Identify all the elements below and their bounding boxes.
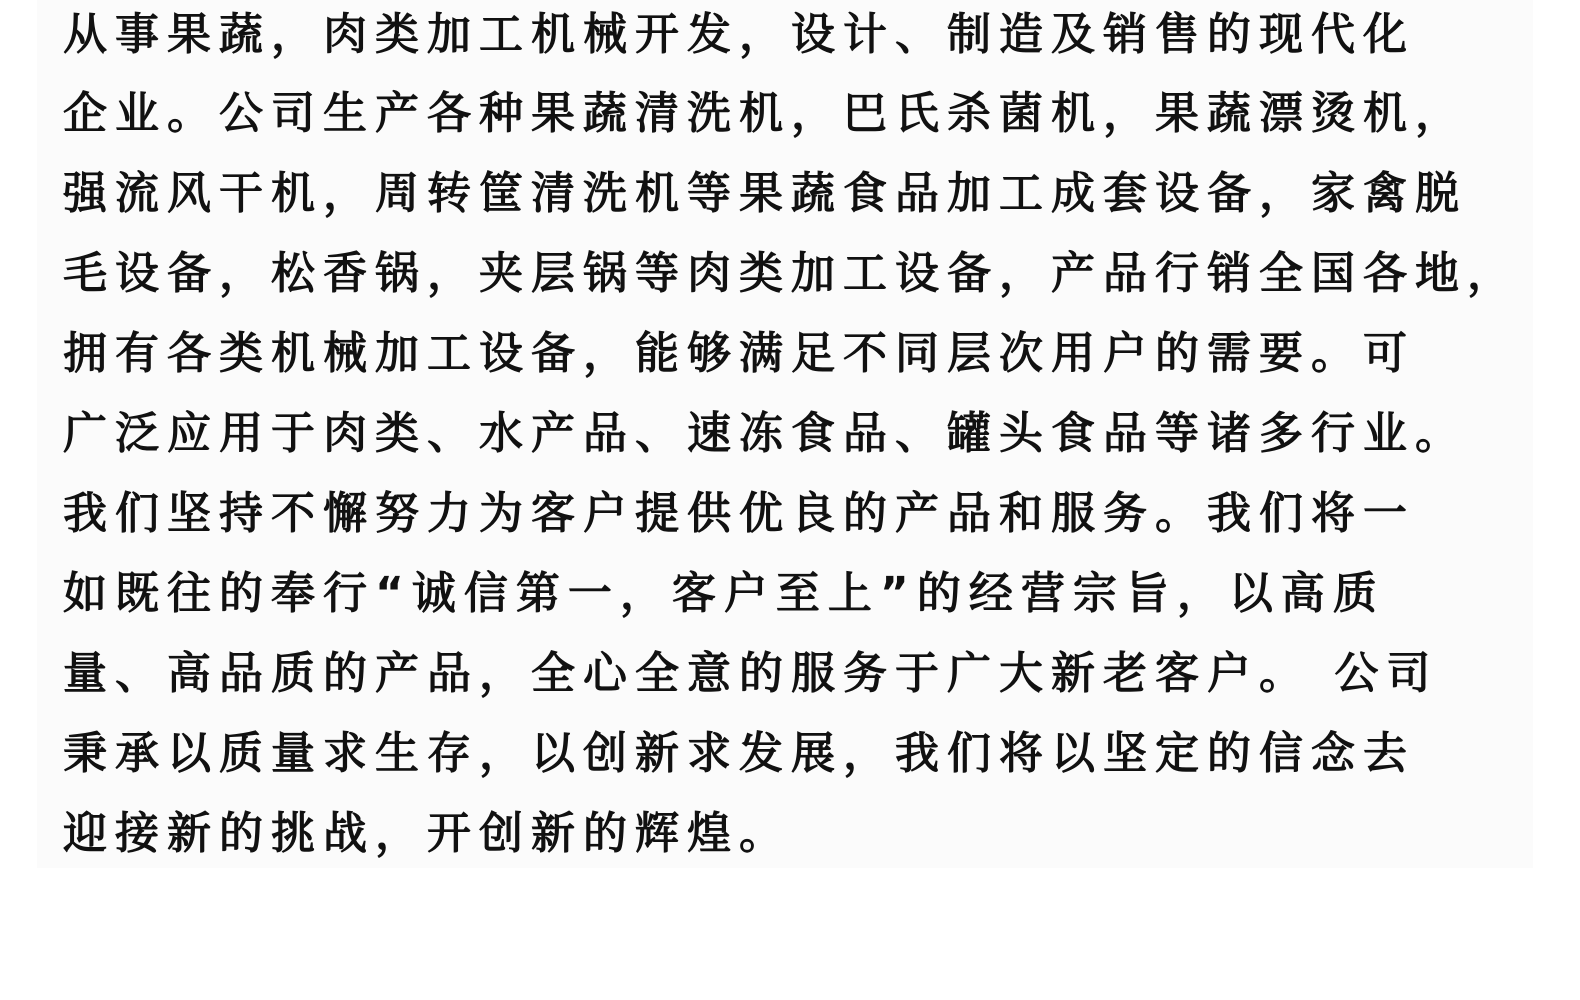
intro-text-line-10: 秉承以质量求生存，以创新求发展，我们将以坚定的信念去 — [63, 714, 1415, 794]
intro-text-line-11: 迎接新的挑战，开创新的辉煌。 — [63, 794, 791, 874]
intro-text-line-8: 如既往的奉行“诚信第一，客户至上”的经营宗旨，以高质 — [63, 554, 1385, 634]
intro-text-line-2: 企业。公司生产各种果蔬清洗机，巴氏杀菌机，果蔬漂烫机， — [63, 74, 1467, 154]
intro-text-line-3: 强流风干机，周转筐清洗机等果蔬食品加工成套设备，家禽脱 — [63, 154, 1467, 234]
intro-text-line-5: 拥有各类机械加工设备，能够满足不同层次用户的需要。可 — [63, 314, 1415, 394]
intro-text-line-7: 我们坚持不懈努力为客户提供优良的产品和服务。我们将一 — [63, 474, 1415, 554]
intro-text-line-1: 从事果蔬，肉类加工机械开发，设计、制造及销售的现代化 — [63, 0, 1415, 75]
intro-text-line-9: 量、高品质的产品，全心全意的服务于广大新老客户。 公司 — [63, 634, 1438, 714]
intro-text-line-4: 毛设备，松香锅，夹层锅等肉类加工设备，产品行销全国各地， — [63, 234, 1519, 314]
intro-text-line-6: 广泛应用于肉类、水产品、速冻食品、罐头食品等诸多行业。 — [63, 394, 1467, 474]
